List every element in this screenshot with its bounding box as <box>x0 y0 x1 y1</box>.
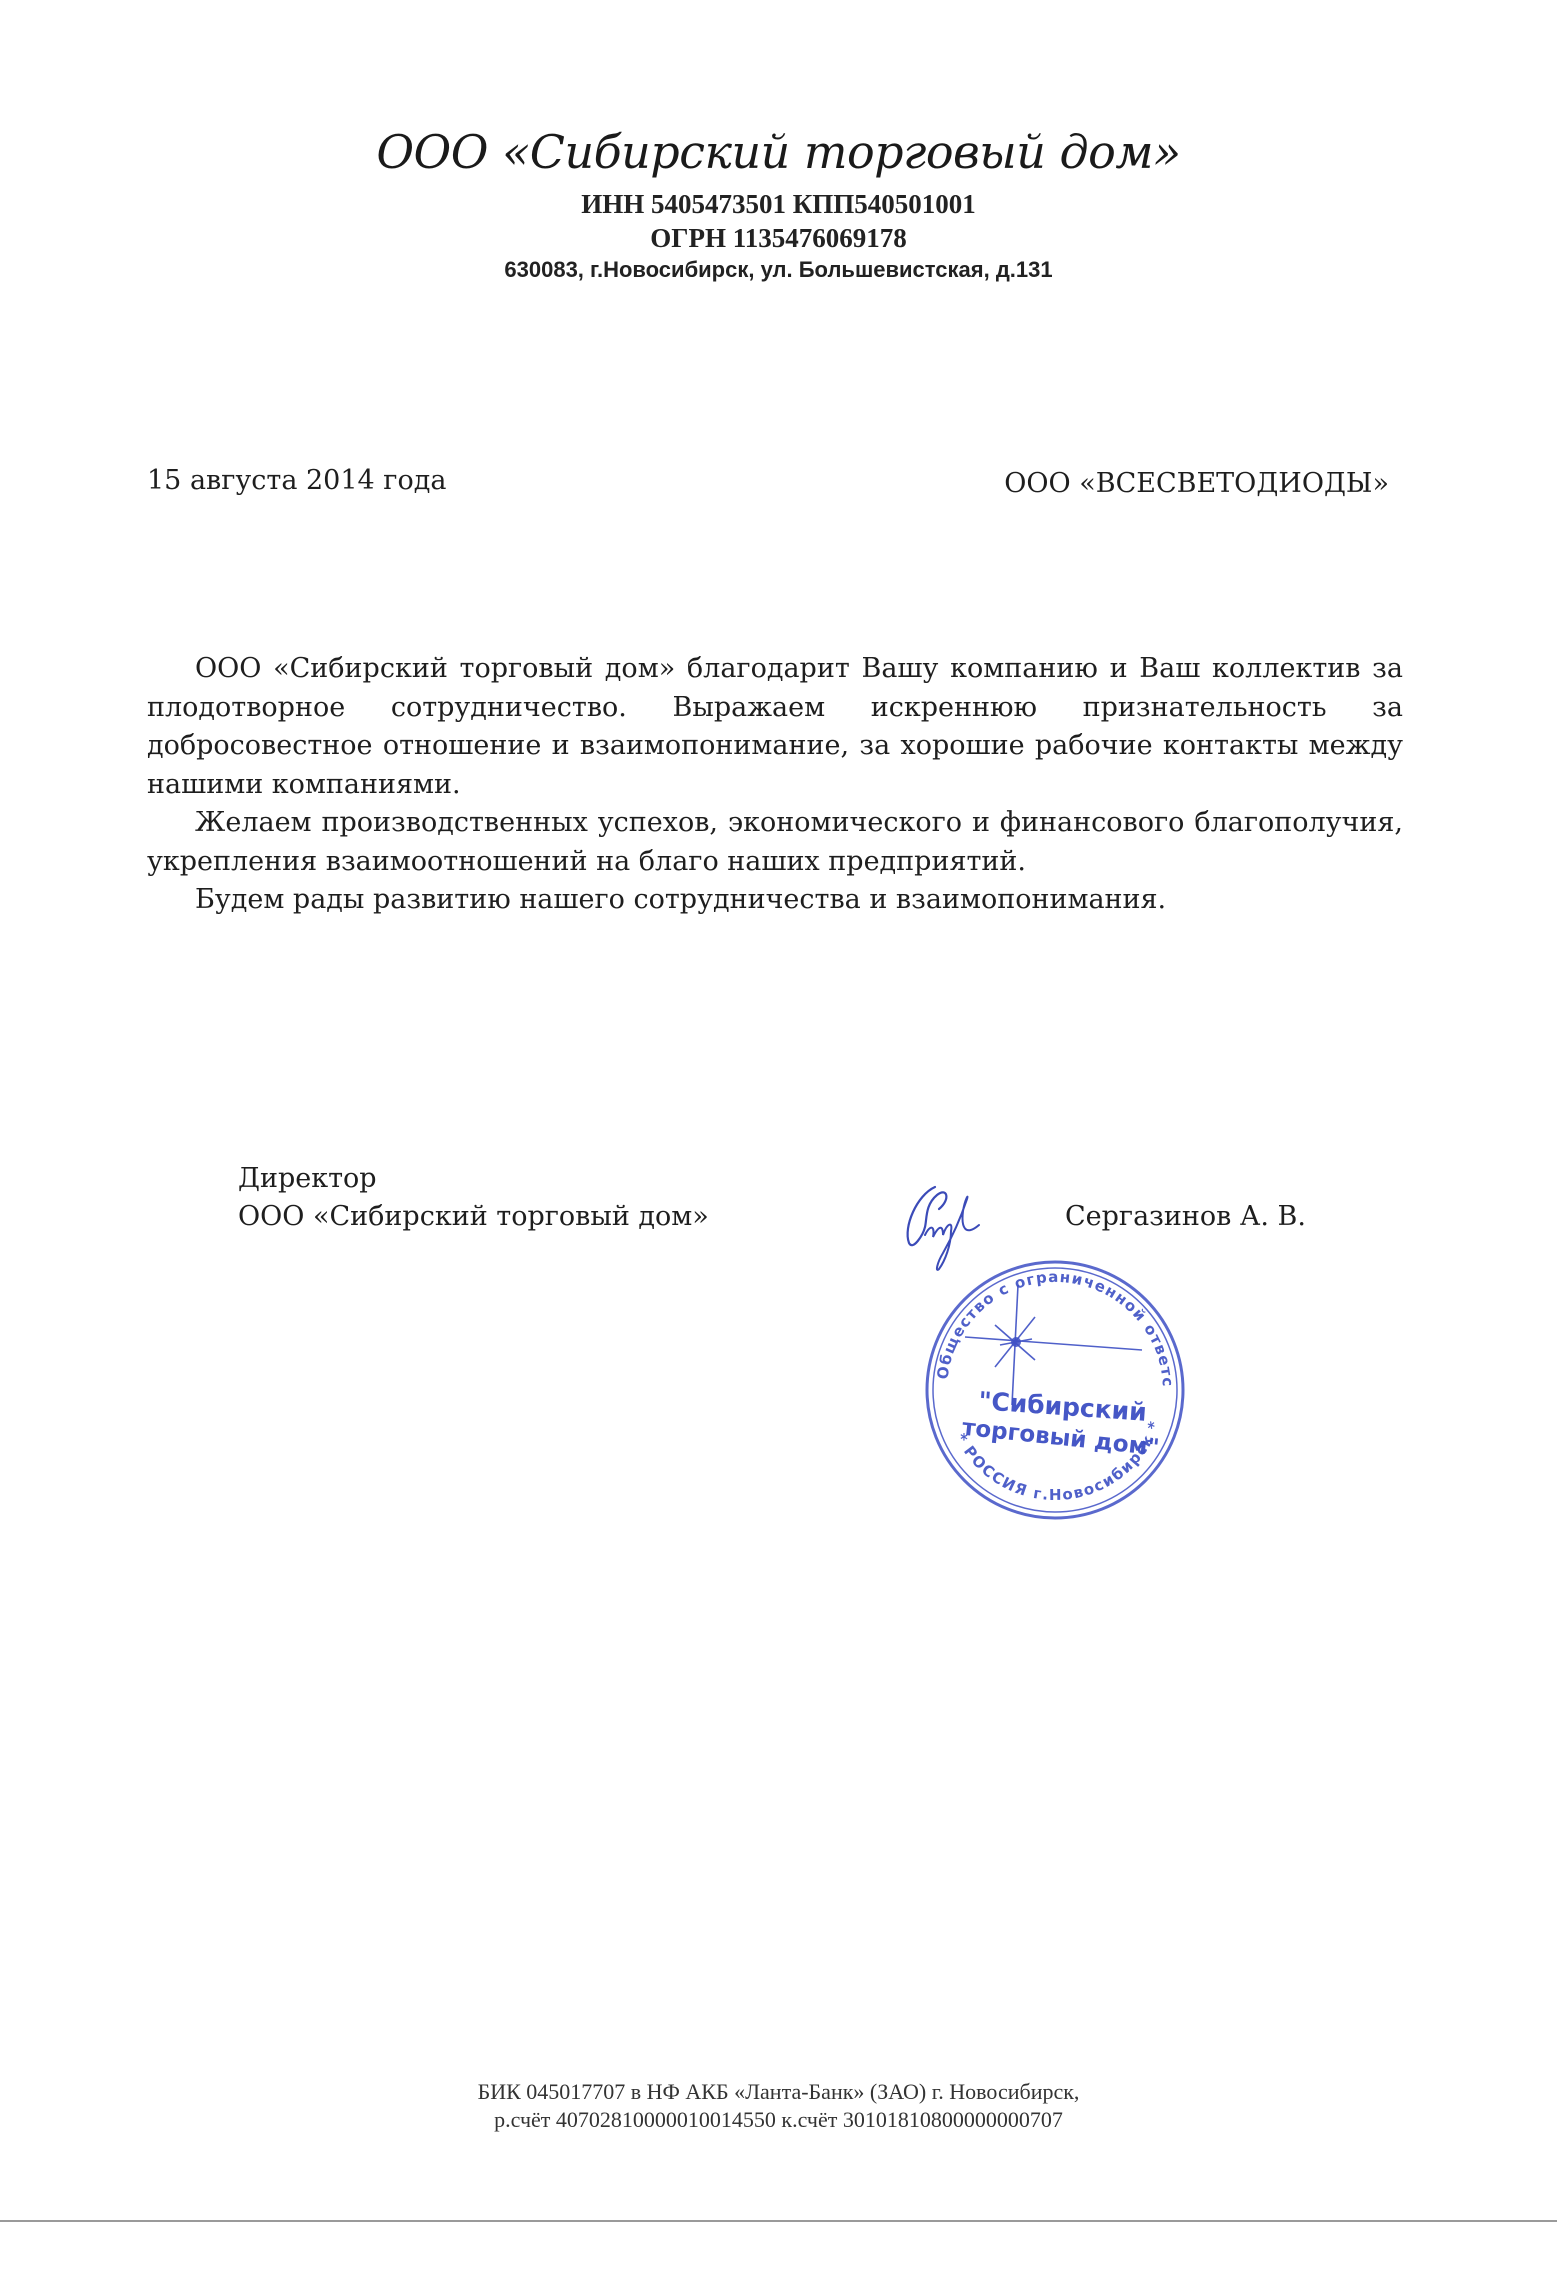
ogrn: ОГРН 1135476069178 <box>0 222 1557 254</box>
company-title: ООО «Сибирский торговый дом» <box>0 122 1557 182</box>
signer-organization: ООО «Сибирский торговый дом» <box>238 1198 709 1236</box>
signer-position: Директор <box>238 1160 709 1198</box>
letter-body: ООО «Сибирский торговый дом» благодарит … <box>147 650 1403 920</box>
scan-edge-divider <box>0 2220 1557 2222</box>
bank-details-footer: БИК 045017707 в НФ АКБ «Ланта-Банк» (ЗАО… <box>0 2078 1557 2134</box>
company-address: 630083, г.Новосибирск, ул. Большевистска… <box>0 256 1557 284</box>
recipient: ООО «ВСЕСВЕТОДИОДЫ» <box>1004 465 1389 503</box>
body-paragraph: Будем рады развитию нашего сотрудничеств… <box>147 881 1403 920</box>
svg-text:Общество с ограниченной ответс: Общество с ограниченной ответственностью <box>920 1255 1177 1388</box>
signer-name: Сергазинов А. В. <box>1065 1198 1306 1236</box>
body-paragraph: ООО «Сибирский торговый дом» благодарит … <box>147 650 1403 804</box>
signer-title-block: Директор ООО «Сибирский торговый дом» <box>238 1160 709 1236</box>
body-paragraph: Желаем производственных успехов, экономи… <box>147 804 1403 881</box>
bank-line: БИК 045017707 в НФ АКБ «Ланта-Банк» (ЗАО… <box>0 2078 1557 2106</box>
company-seal-icon: Общество с ограниченной ответственностью… <box>920 1255 1190 1525</box>
letter-date: 15 августа 2014 года <box>147 462 446 500</box>
accounts-line: р.счёт 40702810000010014550 к.счёт 30101… <box>0 2106 1557 2134</box>
inn-kpp: ИНН 5405473501 КПП540501001 <box>0 188 1557 220</box>
